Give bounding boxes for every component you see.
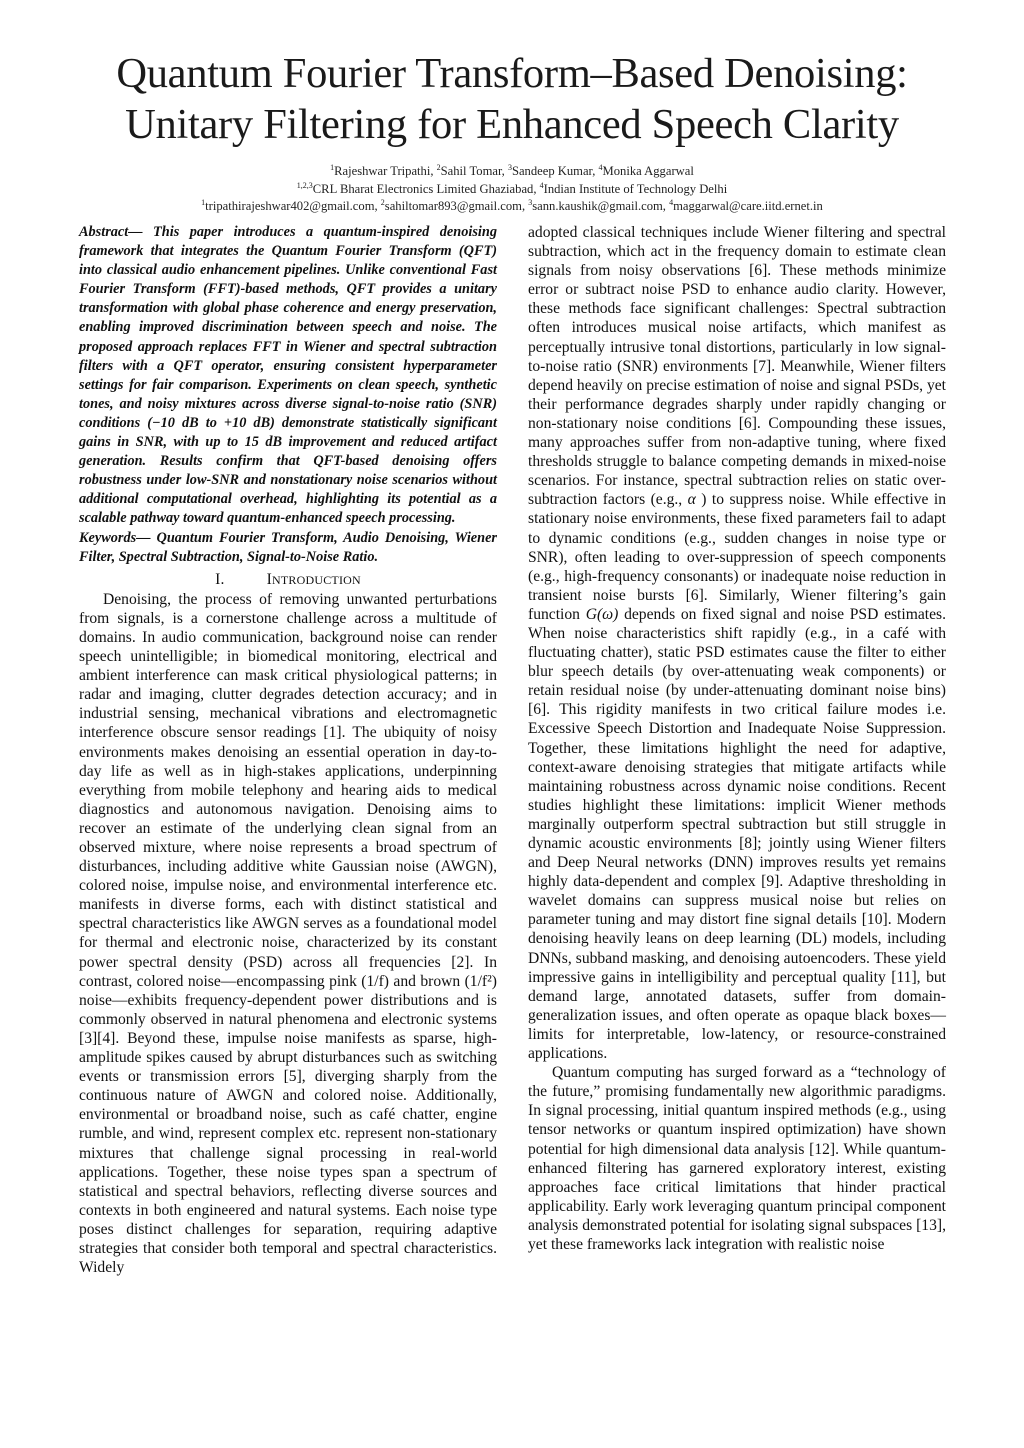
- section-heading-introduction: I.INTRODUCTION: [79, 570, 497, 590]
- author-name: Monika Aggarwal: [603, 164, 694, 178]
- author-name: Sahil Tomar,: [441, 164, 508, 178]
- author-affiliations: 1,2,3CRL Bharat Electronics Limited Ghaz…: [0, 181, 1024, 199]
- intro-paragraph-1-continued: adopted classical techniques include Wie…: [528, 223, 946, 1063]
- author-name: Sandeep Kumar,: [512, 164, 599, 178]
- author-name: Rajeshwar Tripathi,: [334, 164, 437, 178]
- abstract: Abstract— This paper introduces a quantu…: [79, 223, 497, 529]
- email: maggarwal@care.iitd.ernet.in: [673, 199, 823, 213]
- author-block: 1Rajeshwar Tripathi, 2Sahil Tomar, 3Sand…: [0, 163, 1024, 216]
- title-line-1: Quantum Fourier Transform–Based Denoisin…: [0, 48, 1024, 99]
- intro-paragraph-2: Quantum computing has surged forward as …: [528, 1063, 946, 1254]
- section-number: I.: [215, 571, 225, 588]
- abstract-text: This paper introduces a quantum-inspired…: [79, 224, 497, 526]
- paper-title: Quantum Fourier Transform–Based Denoisin…: [0, 48, 1024, 150]
- intro-paragraph-1: Denoising, the process of removing unwan…: [79, 590, 497, 1277]
- author-names: 1Rajeshwar Tripathi, 2Sahil Tomar, 3Sand…: [0, 163, 1024, 181]
- body-text: ) to suppress noise. While effective in …: [528, 491, 946, 623]
- abstract-label: Abstract—: [79, 224, 143, 240]
- affil-mark: 1,2,3: [297, 181, 313, 190]
- body-text: adopted classical techniques include Wie…: [528, 224, 946, 508]
- keywords-label: Keywords—: [79, 530, 151, 546]
- email: sahiltomar893@gmail.com,: [385, 199, 528, 213]
- email: sann.kaushik@gmail.com,: [532, 199, 669, 213]
- alpha-symbol: α: [688, 491, 696, 508]
- email: tripathirajeshwar402@gmail.com,: [205, 199, 381, 213]
- author-emails: 1tripathirajeshwar402@gmail.com, 2sahilt…: [0, 198, 1024, 216]
- left-column: Abstract— This paper introduces a quantu…: [79, 223, 497, 1277]
- section-title-rest: NTRODUCTION: [272, 573, 361, 587]
- affiliation: CRL Bharat Electronics Limited Ghaziabad…: [313, 182, 540, 196]
- affiliation: Indian Institute of Technology Delhi: [544, 182, 728, 196]
- gain-function-symbol: G(ω): [586, 606, 619, 623]
- body-text: depends on fixed signal and noise PSD es…: [528, 606, 946, 1062]
- title-line-2: Unitary Filtering for Enhanced Speech Cl…: [0, 99, 1024, 150]
- right-column: adopted classical techniques include Wie…: [528, 223, 946, 1254]
- keywords: Keywords— Quantum Fourier Transform, Aud…: [79, 529, 497, 567]
